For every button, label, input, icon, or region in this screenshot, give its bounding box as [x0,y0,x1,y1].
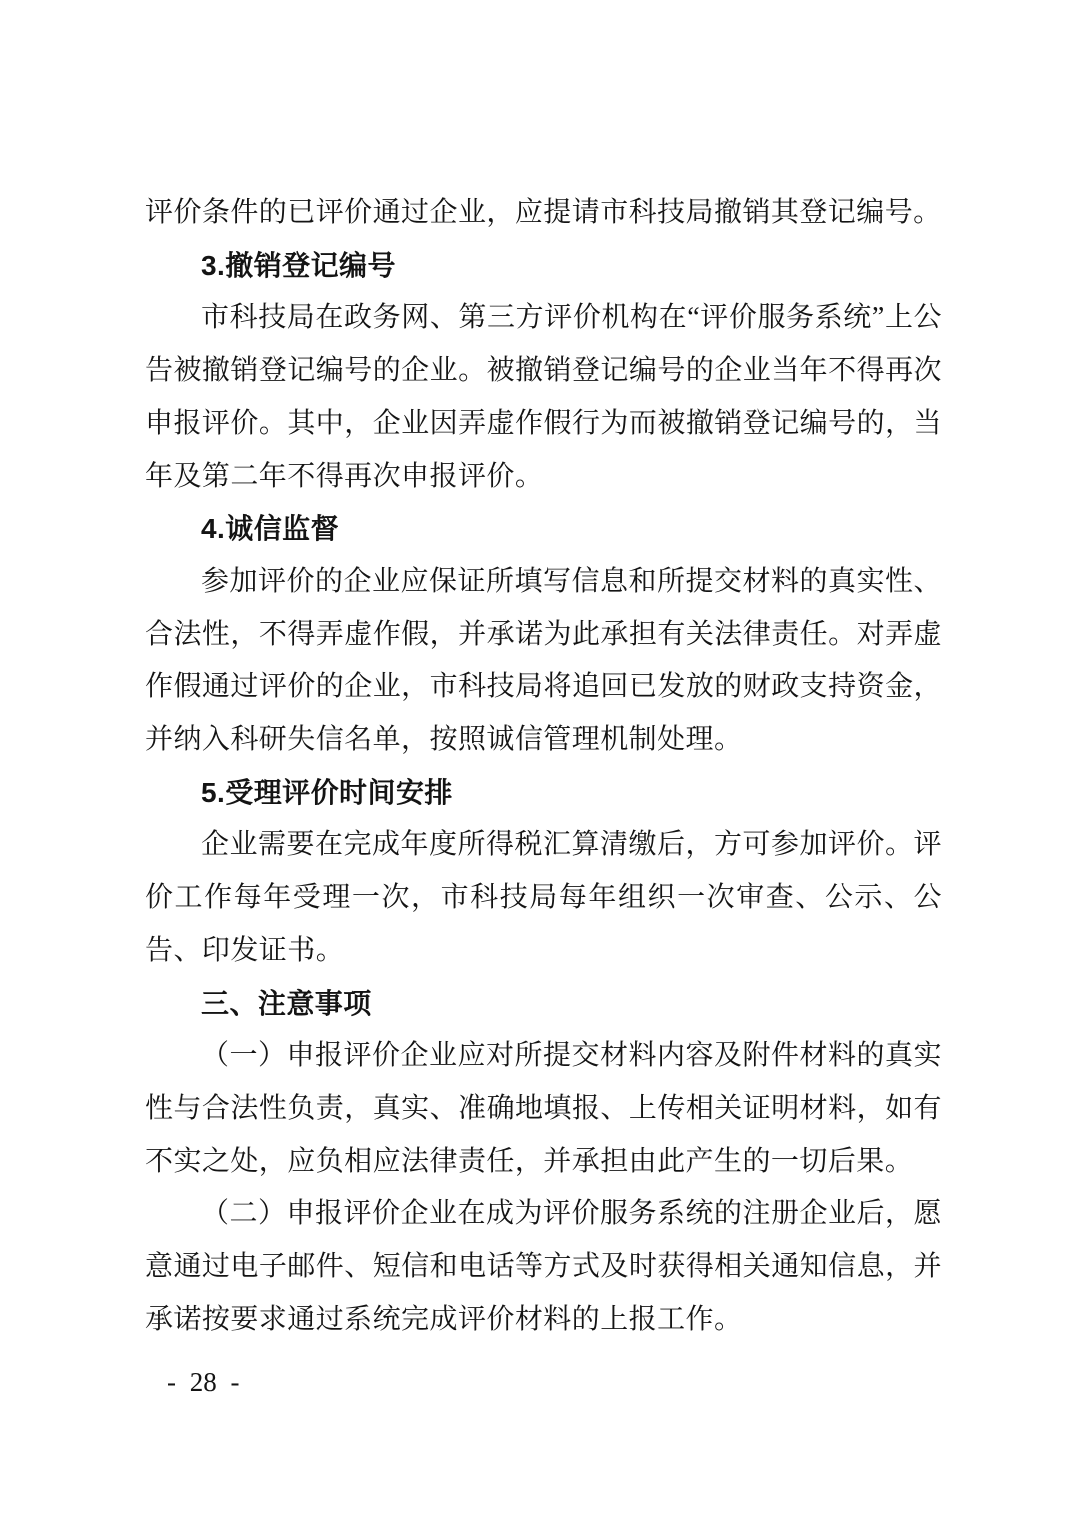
section-heading-3: 3.撤销登记编号 [145,240,942,293]
section-heading-three: 三、注意事项 [145,978,942,1031]
paragraph: 参加评价的企业应保证所填写信息和所提交材料的真实性、合法性，不得弄虚作假，并承诺… [145,556,942,767]
section-heading-5: 5.受理评价时间安排 [145,767,942,820]
page-number: - 28 - [167,1367,239,1398]
document-page: 评价条件的已评价通过企业，应提请市科技局撤销其登记编号。 3.撤销登记编号 市科… [0,0,1069,1520]
paragraph: （一）申报评价企业应对所提交材料内容及附件材料的真实性与合法性负责，真实、准确地… [145,1030,942,1188]
section-heading-4: 4.诚信监督 [145,503,942,556]
document-body: 评价条件的已评价通过企业，应提请市科技局撤销其登记编号。 3.撤销登记编号 市科… [145,187,942,1346]
paragraph: 市科技局在政务网、第三方评价机构在“评价服务系统”上公告被撤销登记编号的企业。被… [145,292,942,503]
paragraph: （二）申报评价企业在成为评价服务系统的注册企业后，愿意通过电子邮件、短信和电话等… [145,1188,942,1346]
paragraph-continuation: 评价条件的已评价通过企业，应提请市科技局撤销其登记编号。 [145,187,942,240]
paragraph: 企业需要在完成年度所得税汇算清缴后，方可参加评价。评价工作每年受理一次，市科技局… [145,819,942,977]
